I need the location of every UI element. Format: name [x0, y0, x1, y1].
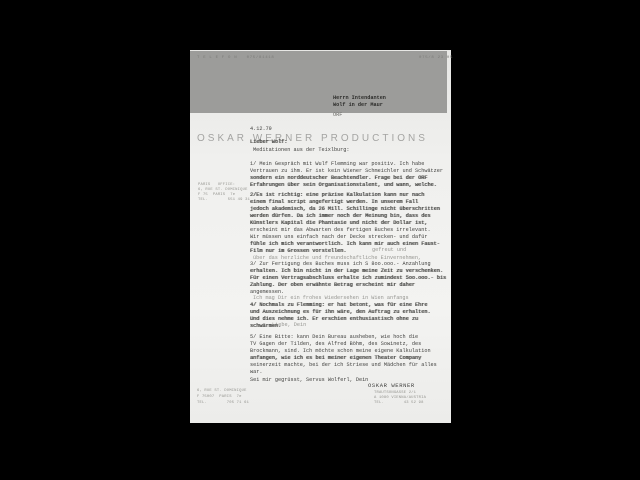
body-line: Film nur im Grossen vorstellen. — [250, 248, 347, 254]
body-line: fühle ich mich verantwortlich. Ich kann … — [250, 241, 440, 247]
body-line: und Auszeichnung es für ihn wäre, den Au… — [250, 309, 431, 315]
subject-line: Meditationen aus der Teixlburg: — [253, 147, 350, 153]
body-line: TV Gagen der Tilden, des Alfred Böhm, de… — [250, 341, 421, 347]
signature-address-line: TRAUTSONGASSE 2/1 — [374, 391, 416, 396]
phone-left: T E L E F O N 075/81418 — [197, 55, 275, 61]
body-line: erscheint mir das Abwarten des fertigen … — [250, 227, 431, 233]
body-line: 2/Es ist richtig: eine präzise Kalkulati… — [250, 192, 424, 198]
signature-name: OSKAR WERNER — [368, 383, 415, 389]
salutation: Lieber Wolf: — [250, 139, 287, 145]
body-line: Erfahrungen über sein Organisationstalen… — [250, 182, 437, 188]
body-line: erhalten. Ich bin nicht in der Lage mein… — [250, 268, 443, 274]
letter-paper: T E L E F O N 075/81418075/8 23 05Herrn … — [190, 50, 451, 423]
body-line: Brockmann, sind. Ich möchte schon meine … — [250, 348, 431, 354]
body-line: 3/ Zur Fertigung des Buches muss ich S 8… — [250, 261, 431, 267]
body-line: sondern ein norddeutscher Beachtendler. … — [250, 175, 427, 181]
body-line: Künstlers Kapital die Phantasie und nich… — [250, 220, 427, 226]
recipient-line: Wolf in der Maur — [333, 102, 383, 108]
body-line: 1/ Mein Gespräch mit Wulf Flemming war p… — [250, 161, 424, 167]
body-line: Für einen Vertragsabschluss erhalte ich … — [250, 275, 446, 281]
paris-office-line: 6, RUE ST. DOMINIQUE — [198, 188, 248, 193]
paris-office-line: F 75 PARIS 7e — [198, 193, 235, 198]
paris-address-line: TEL. 705 71 61 — [197, 401, 249, 406]
body-line: war. — [250, 369, 262, 375]
body-line: jedoch akademisch, da 26 Mill. Schilling… — [250, 206, 440, 212]
body-line: Wir müssen uns einfach nach der Decke st… — [250, 234, 427, 240]
body-line: Zahlung. Der oben erwähnte Betrag ersche… — [250, 282, 415, 288]
paris-office-line: TEL. 551 49 31 — [198, 198, 250, 203]
screenshot-stage: T E L E F O N 075/81418075/8 23 05Herrn … — [0, 0, 640, 480]
date: 4.12.79 — [250, 126, 272, 132]
ghost-line: gefreut und — [372, 247, 406, 253]
body-line: Vertrauen zu ihm. Er ist kein Wiener Sch… — [250, 168, 443, 174]
body-line: 5/ Eine Bitte: kann Dein Bureau ausheben… — [250, 334, 418, 340]
paris-address-line: 6, RUE ST. DOMINIQUE — [197, 389, 247, 394]
body-line: seinerzeit machte, bei der ich Striese u… — [250, 362, 437, 368]
ghost-line: Ich mag Dir ein frohes Wiedersehen in Wi… — [253, 295, 409, 301]
body-line: werden dürfen. Da ich immer noch der Mei… — [250, 213, 431, 219]
letterhead-text: OSKAR WERNER PRODUCTIONS — [197, 136, 428, 142]
signature-address-line: A 1080 VIENNA/AUSTRIA — [374, 396, 426, 401]
ghost-line: Liebe, Dein — [272, 322, 306, 328]
closing-line: Sei mir gegrüsst, Servus Wolferl, Dein — [250, 377, 368, 383]
recipient-line: ORF — [333, 112, 342, 118]
phone-right: 075/8 23 05 — [419, 55, 453, 61]
body-line: anfangen, wie ich es bei meiner eigenen … — [250, 355, 421, 361]
paris-address-line: F 75007 PARIS 7e — [197, 395, 242, 400]
body-line: 4/ Nochmals zu Flemming: er hat betont, … — [250, 302, 427, 308]
paris-office-line: PARIS OFFICE: — [198, 183, 235, 188]
body-line: einem final script angefertigt werden. I… — [250, 199, 418, 205]
recipient-line: Herrn Intendanten — [333, 95, 386, 101]
signature-address-line: TEL. 43 52 98 — [374, 401, 424, 406]
